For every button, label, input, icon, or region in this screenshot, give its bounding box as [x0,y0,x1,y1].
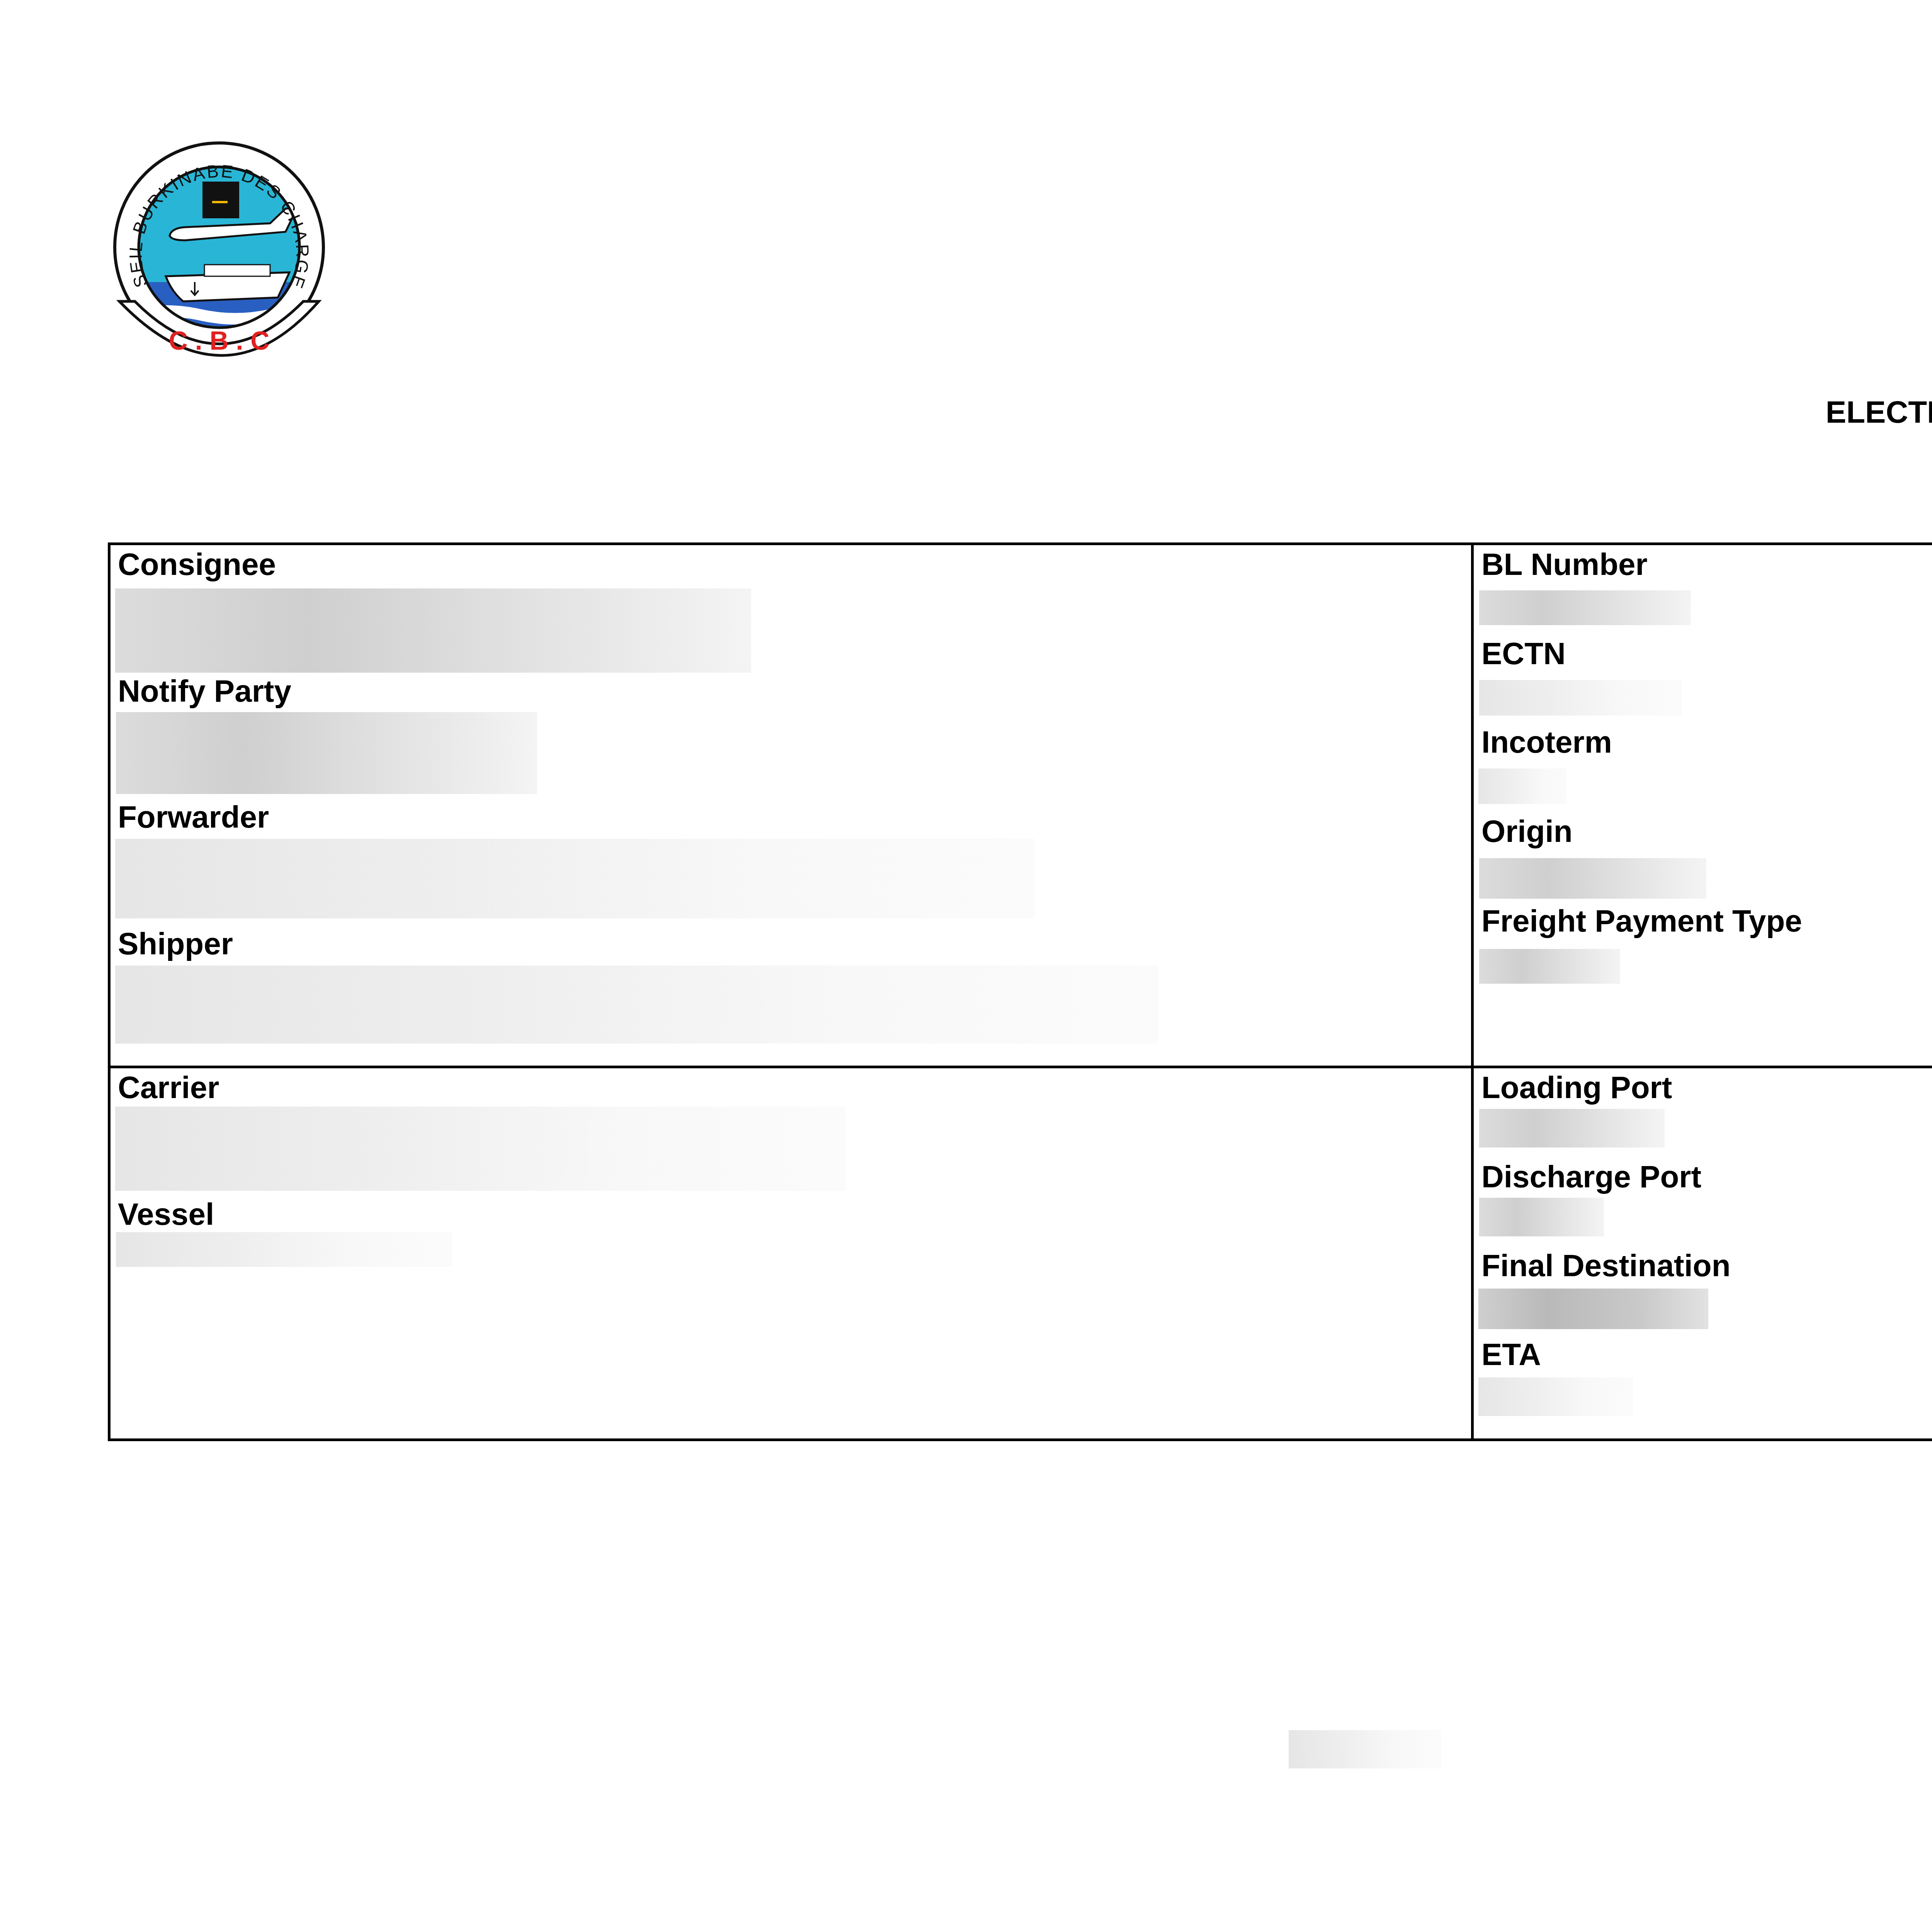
eta-value [1478,1377,1633,1416]
footer-page-info-redacted [1289,1730,1441,1768]
column-divider [1471,545,1474,1438]
forwarder-value [115,839,1035,918]
cbc-logo-icon: CONSEIL BURKINABE DES CHARGEURS C . B . … [108,139,330,369]
consignee-value [115,588,751,673]
row-divider [111,1066,1932,1068]
bl-number-value [1479,590,1691,625]
incoterm-value [1478,768,1566,804]
discharge-port-label: Discharge Port [1481,1159,1701,1194]
shipment-section: BL Number ECTN Incoterm Origin Freight P… [1474,545,1932,1066]
loading-port-value [1479,1109,1665,1148]
shipper-value [115,966,1158,1044]
forwarder-label: Forwarder [118,800,269,835]
parties-section: Consignee Notify Party Forwarder Shipper [111,545,1471,1066]
carrier-label: Carrier [118,1070,219,1105]
notify-party-value [116,712,537,794]
ectn-value [1479,680,1682,716]
discharge-port-value [1479,1198,1604,1236]
origin-value [1479,858,1706,899]
document-title: ELECTRONIC CARGO TRACKING NOTE (ECTN) [1826,394,1932,430]
carrier-value [115,1107,845,1191]
consignee-label: Consignee [118,547,276,582]
freight-payment-type-value [1479,949,1620,984]
route-section: Loading Port Discharge Port Final Destin… [1474,1068,1932,1438]
ectn-details-table: Consignee Notify Party Forwarder Shipper… [108,542,1932,1441]
final-destination-label: Final Destination [1481,1248,1731,1283]
vessel-label: Vessel [118,1197,214,1232]
bl-number-label: BL Number [1481,547,1648,582]
shipper-label: Shipper [118,927,233,961]
document-subtitle: CBC Conseil Burkinabé des Chargeurs [1826,430,1932,467]
final-destination-value [1478,1289,1708,1329]
loading-port-label: Loading Port [1481,1070,1672,1105]
origin-label: Origin [1481,814,1573,849]
eta-label: ETA [1481,1337,1541,1372]
notify-party-label: Notify Party [118,674,291,709]
vessel-value [116,1232,452,1267]
document-header: ELECTRONIC CARGO TRACKING NOTE (ECTN) CB… [1826,394,1932,467]
incoterm-label: Incoterm [1481,725,1612,760]
freight-payment-type-label: Freight Payment Type [1481,904,1802,938]
transport-section: Carrier Vessel [111,1068,1471,1438]
svg-text:C . B . C: C . B . C [169,326,270,355]
ectn-label: ECTN [1481,636,1566,671]
